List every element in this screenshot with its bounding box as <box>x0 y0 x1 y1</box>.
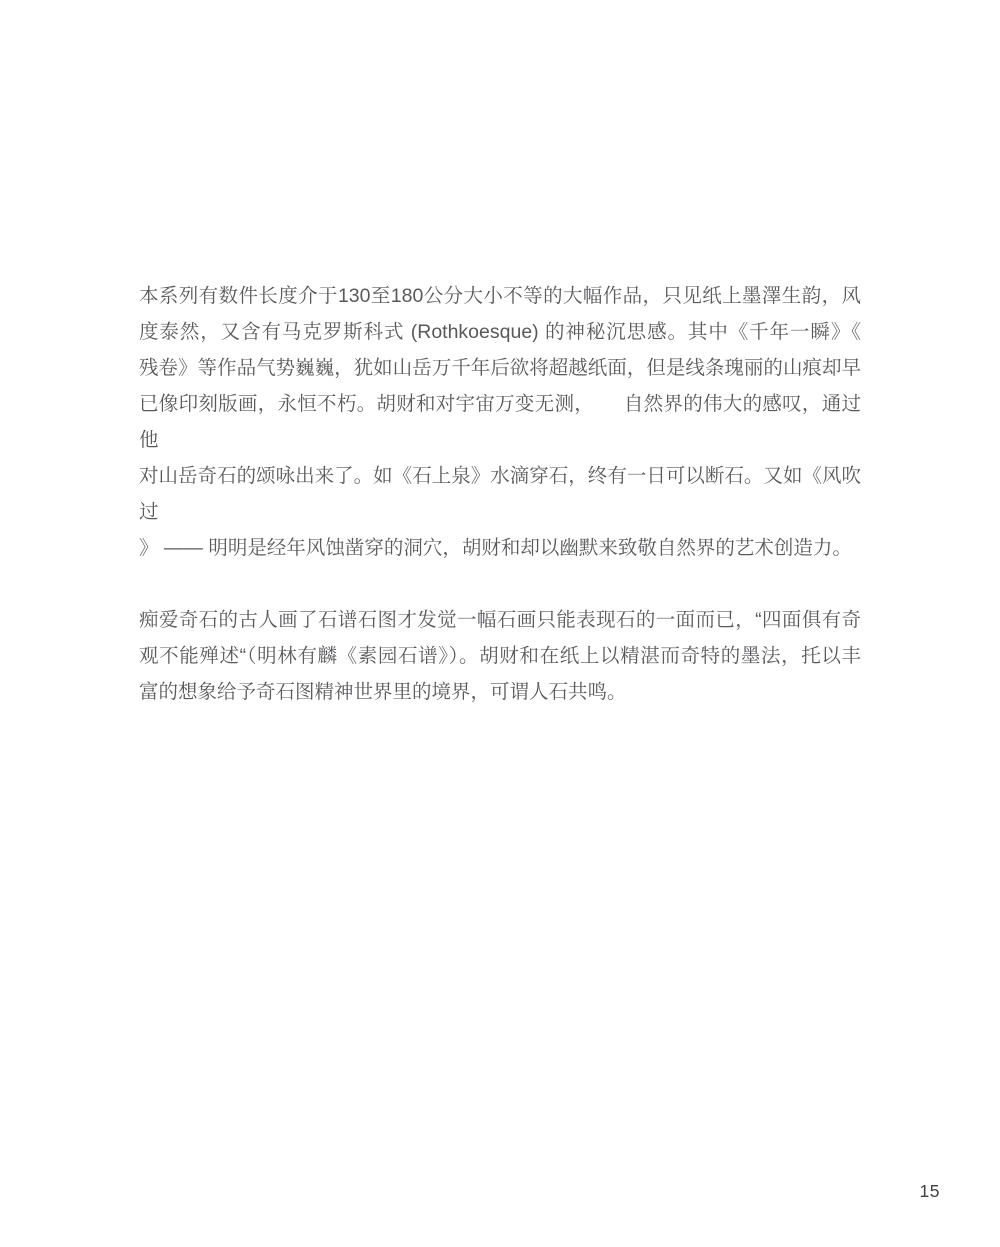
document-page: 本系列有数件长度介于130至180公分大小不等的大幅作品，只见纸上墨澤生韵，风度… <box>0 0 1000 1247</box>
text-line: 残卷》等作品气势巍巍，犹如山岳万千年后欲将超越纸面，但是线条瑰丽的山痕却早 <box>139 350 861 386</box>
text-line: 痴爱奇石的古人画了石谱石图才发觉一幅石画只能表现石的一面而已，“四面俱有奇 <box>139 602 861 638</box>
text-line: 富的想象给予奇石图精神世界里的境界，可谓人石共鸣。 <box>139 674 861 710</box>
paragraph: 本系列有数件长度介于130至180公分大小不等的大幅作品，只见纸上墨澤生韵，风度… <box>139 278 861 566</box>
text-line: 观不能殚述“（明林有麟《素园石谱》）。胡财和在纸上以精湛而奇特的墨法，托以丰 <box>139 638 861 674</box>
page-number: 15 <box>920 1181 940 1201</box>
text-line: 对山岳奇石的颂咏出来了。如《石上泉》水滴穿石，终有一日可以断石。又如《风吹过 <box>139 458 861 530</box>
text-line: 度泰然，又含有马克罗斯科式 (Rothkoesque) 的神秘沉思感。其中《千年… <box>139 314 861 350</box>
body-text: 本系列有数件长度介于130至180公分大小不等的大幅作品，只见纸上墨澤生韵，风度… <box>139 278 861 710</box>
text-line: 已像印刻版画，永恒不朽。胡财和对宇宙万变无测， 自然界的伟大的感叹，通过他 <box>139 386 861 458</box>
paragraph: 痴爱奇石的古人画了石谱石图才发觉一幅石画只能表现石的一面而已，“四面俱有奇观不能… <box>139 602 861 710</box>
text-line: 》 —— 明明是经年风蚀凿穿的洞穴，胡财和却以幽默来致敬自然界的艺术创造力。 <box>139 530 861 566</box>
text-line: 本系列有数件长度介于130至180公分大小不等的大幅作品，只见纸上墨澤生韵，风 <box>139 278 861 314</box>
